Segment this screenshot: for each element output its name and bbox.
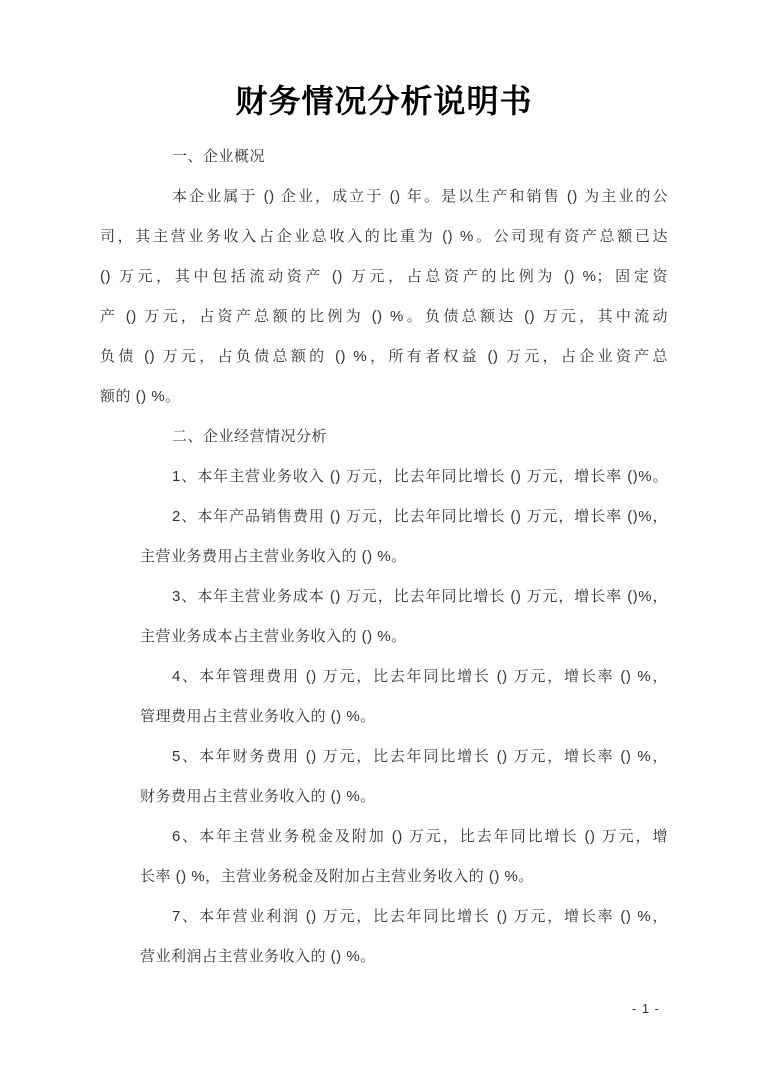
document-body: 一、企业概况 本企业属于 () 企业，成立于 () 年。是以生产和销售 () 为… xyxy=(100,137,668,977)
item-2-line-2: 主营业务费用占主营业务收入的 () %。 xyxy=(140,537,668,577)
section-heading-analysis: 二、企业经营情况分析 xyxy=(100,417,668,457)
item-4-line-2: 管理费用占主营业务收入的 () %。 xyxy=(140,697,668,737)
item-7-line-2: 营业利润占主营业务收入的 () %。 xyxy=(140,937,668,977)
page-number: - 1 - xyxy=(632,1001,660,1016)
item-2-line-1: 2、本年产品销售费用 () 万元，比去年同比增长 () 万元，增长率 ()%， xyxy=(140,497,668,537)
overview-line-6: 额的 () %。 xyxy=(100,377,668,417)
item-3-line-2: 主营业务成本占主营业务收入的 () %。 xyxy=(140,617,668,657)
item-1-line-1: 1、本年主营业务收入 () 万元，比去年同比增长 () 万元，增长率 ()%。 xyxy=(140,457,668,497)
section-heading-overview: 一、企业概况 xyxy=(100,137,668,177)
item-6-line-2: 长率 () %，主营业务税金及附加占主营业务收入的 () %。 xyxy=(140,857,668,897)
item-7-line-1: 7、本年营业利润 () 万元，比去年同比增长 () 万元，增长率 () %， xyxy=(140,897,668,937)
document-title: 财务情况分析说明书 xyxy=(100,83,668,119)
item-6-line-1: 6、本年主营业务税金及附加 () 万元，比去年同比增长 () 万元，增 xyxy=(140,817,668,857)
overview-line-4: 产 () 万元，占资产总额的比例为 () %。负债总额达 () 万元，其中流动 xyxy=(100,297,668,337)
overview-line-5: 负债 () 万元，占负债总额的 () %，所有者权益 () 万元，占企业资产总 xyxy=(100,337,668,377)
overview-line-2: 司，其主营业务收入占企业总收入的比重为 () %。公司现有资产总额已达 xyxy=(100,217,668,257)
item-4-line-1: 4、本年管理费用 () 万元，比去年同比增长 () 万元，增长率 () %， xyxy=(140,657,668,697)
overview-line-3: () 万元，其中包括流动资产 () 万元，占总资产的比例为 () %；固定资 xyxy=(100,257,668,297)
overview-line-1: 本企业属于 () 企业，成立于 () 年。是以生产和销售 () 为主业的公 xyxy=(100,177,668,217)
document-page: 财务情况分析说明书 一、企业概况 本企业属于 () 企业，成立于 () 年。是以… xyxy=(0,0,768,1086)
item-5-line-1: 5、本年财务费用 () 万元，比去年同比增长 () 万元，增长率 () %， xyxy=(140,737,668,777)
item-5-line-2: 财务费用占主营业务收入的 () %。 xyxy=(140,777,668,817)
page-footer: - 1 - xyxy=(100,1000,660,1018)
item-3-line-1: 3、本年主营业务成本 () 万元，比去年同比增长 () 万元，增长率 ()%， xyxy=(140,577,668,617)
